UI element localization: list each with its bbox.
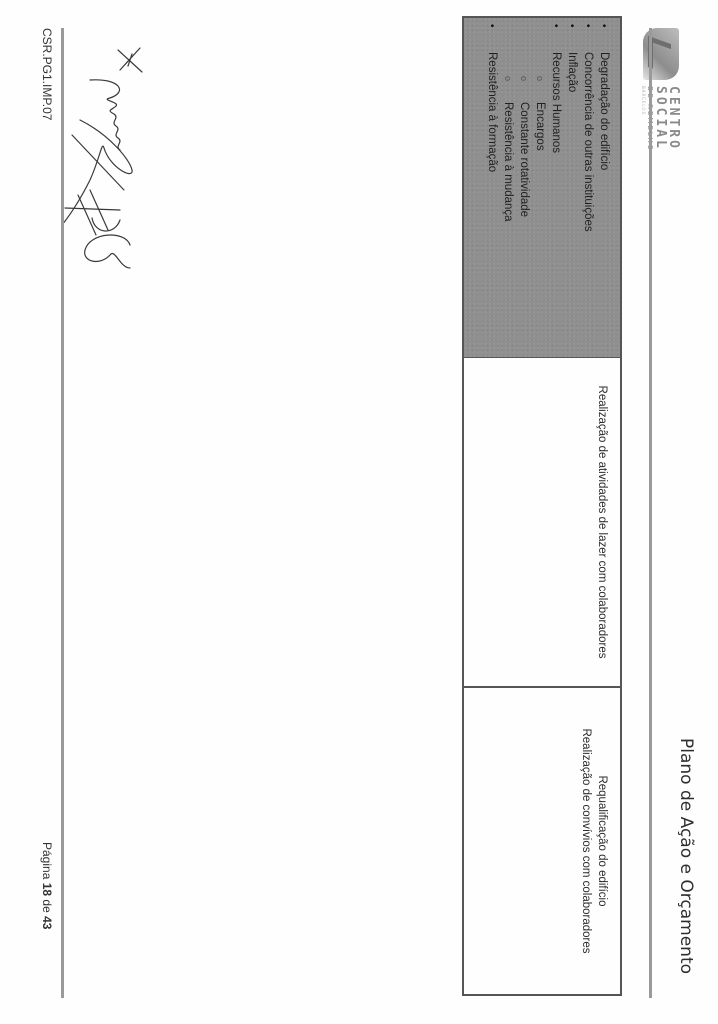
risk-list-item: •Inflação	[564, 18, 580, 357]
bullet-icon: •	[567, 18, 578, 44]
risk-list-item: •Concorrência de outras instituições	[580, 18, 596, 357]
page-separator: de	[40, 899, 54, 912]
organization-logo: CENTRO SOCIAL DE REMELHE BARCELOS	[640, 28, 682, 188]
risk-list-item: oResistência à mudança	[500, 18, 516, 357]
risk-list-item: •Degradação do edifício	[596, 18, 612, 357]
page-current: 18	[40, 883, 54, 896]
page-total: 43	[40, 916, 54, 929]
action-item: Realização de atividades de lazer com co…	[594, 386, 610, 659]
logo-line-2: SOCIAL	[655, 86, 668, 151]
logo-line-1: CENTRO	[668, 86, 681, 151]
actions-cell-1: Realização de atividades de lazer com co…	[464, 358, 620, 688]
action-item: Requalificação do edifício	[594, 728, 610, 953]
risk-label: Constante rotatividade	[518, 102, 530, 217]
risk-list: •Degradação do edifício•Concorrência de …	[484, 18, 612, 357]
risk-label: Encargos	[534, 102, 546, 151]
hollow-bullet-icon: o	[535, 76, 545, 94]
footer-divider	[61, 28, 64, 998]
risk-list-item: oEncargos	[532, 18, 548, 357]
logo-line-4: BARCELOS	[642, 86, 646, 151]
page-number: Página 18 de 43	[40, 842, 54, 929]
header-divider	[649, 28, 652, 998]
risk-label: Resistência à mudança	[502, 102, 514, 222]
logo-text: CENTRO SOCIAL DE REMELHE BARCELOS	[642, 86, 681, 151]
action-item: Realização de convívios com colaboradore…	[578, 728, 594, 953]
hollow-bullet-icon: o	[519, 76, 529, 94]
bullet-icon: •	[487, 18, 498, 44]
risk-label: Degradação do edifício	[598, 52, 610, 170]
signatures-icon	[60, 40, 150, 270]
action-plan-table: •Degradação do edifício•Concorrência de …	[462, 16, 622, 996]
risk-list-item: oConstante rotatividade	[516, 18, 532, 357]
bullet-icon: •	[583, 18, 594, 44]
actions-list-2: Requalificação do edifícioRealização de …	[578, 728, 610, 953]
risk-list-item: •Resistência à formação	[484, 18, 500, 357]
actions-cell-2: Requalificação do edifícioRealização de …	[464, 688, 620, 994]
risk-list-item: •Recursos Humanos	[548, 18, 564, 357]
hollow-bullet-icon: o	[503, 76, 513, 94]
bullet-icon: •	[599, 18, 610, 44]
risk-label: Inflação	[566, 52, 578, 92]
document-title: Plano de Ação e Orçamento	[676, 738, 696, 974]
risk-label: Recursos Humanos	[550, 52, 562, 153]
handwritten-signatures	[60, 40, 150, 270]
page-label: Página	[40, 842, 54, 879]
actions-list-1: Realização de atividades de lazer com co…	[464, 386, 610, 659]
risk-label: Resistência à formação	[486, 52, 498, 172]
risks-cell: •Degradação do edifício•Concorrência de …	[464, 18, 620, 358]
scanned-page-viewport: CENTRO SOCIAL DE REMELHE BARCELOS Plano …	[0, 0, 718, 1024]
bullet-icon: •	[551, 18, 562, 44]
document-page: CENTRO SOCIAL DE REMELHE BARCELOS Plano …	[0, 0, 718, 1024]
risk-label: Concorrência de outras instituições	[582, 52, 594, 232]
document-code: CSR.PG1.IMP.07	[40, 28, 54, 120]
